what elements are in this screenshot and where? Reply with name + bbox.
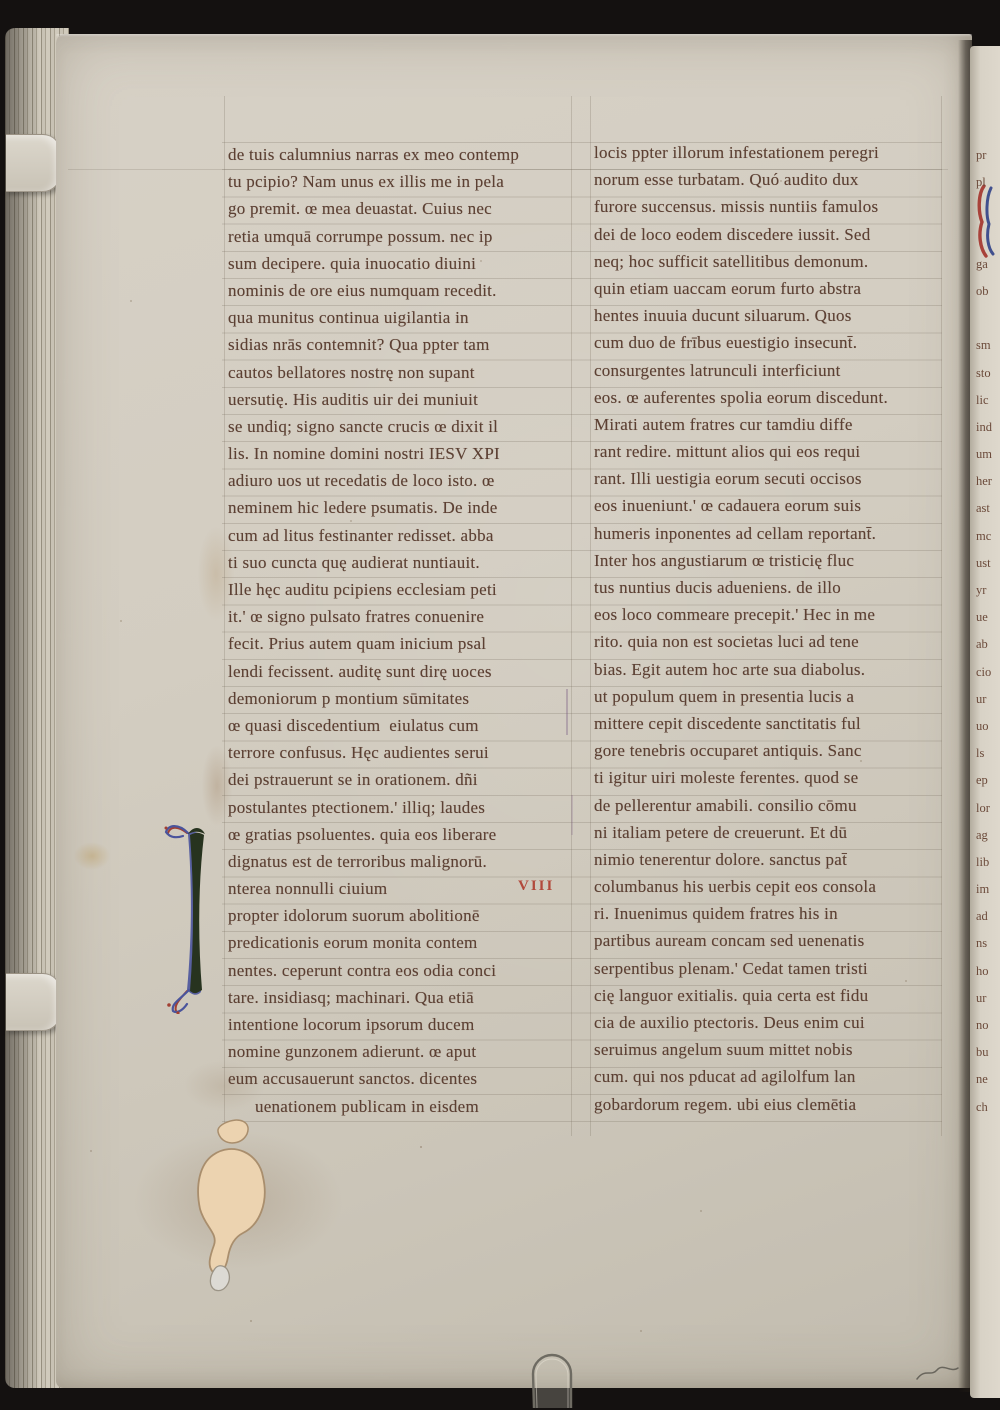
fore-edge-text-fragment: lic: [976, 387, 998, 414]
manuscript-text-line: retia umquā corrumpe possum. nec ip: [228, 223, 572, 250]
manuscript-text-line: ni italiam petere de creuerunt. Et dū: [594, 819, 944, 846]
manuscript-text-line: ti igitur uiri moleste ferentes. quod se: [594, 764, 944, 791]
manuscript-text-line: Ille hęc auditu pcipiens ecclesiam peti: [228, 576, 572, 603]
fore-edge-text-fragment: ind: [976, 414, 998, 441]
manuscript-text-line: neq; hoc sufficit satellitibus demonum.: [594, 248, 944, 275]
fore-edge-text-fragment: ch: [976, 1094, 998, 1121]
ruling-vertical-left: [224, 96, 225, 1136]
manuscript-text-line: de tuis calumnius narras ex meo contemp: [228, 141, 572, 168]
manuscript-text-line: œ gratias psoluentes. quia eos liberare: [228, 821, 572, 848]
text-column-left: de tuis calumnius narras ex meo contempt…: [228, 141, 572, 1120]
manuscript-text-line: tus nuntius ducis adueniens. de illo: [594, 574, 944, 601]
fore-edge-text-fragment: [976, 196, 998, 223]
manuscript-text-line: eos loco commeare precepit.' Hec in me: [594, 601, 944, 628]
parchment-tab-lower: [6, 973, 61, 1031]
manuscript-text-line: partibus auream concam sed uenenatis: [594, 927, 944, 954]
manuscript-text-line: lis. In nomine domini nostri IESV XPI: [228, 440, 572, 467]
manuscript-text-line: cautos bellatores nostrę non supant: [228, 359, 572, 386]
manuscript-text-line: postulantes ptectionem.' illiq; laudes: [228, 794, 572, 821]
manuscript-text-line: columbanus his uerbis cepit eos consola: [594, 873, 944, 900]
text-column-right: locis ppter illorum infestationem peregr…: [594, 139, 944, 1118]
manuscript-text-line: intentione locorum ipsorum ducem: [228, 1011, 572, 1038]
manuscript-text-line: consurgentes latrunculi interficiunt: [594, 357, 944, 384]
manuscript-text-line: nimio tenerentur dolore. sanctus pat̄: [594, 846, 944, 873]
fore-edge-text-fragment: ad: [976, 903, 998, 930]
fore-edge-text-fragment: yr: [976, 577, 998, 604]
manuscript-text-line: hentes inuuia ducunt siluarum. Quos: [594, 302, 944, 329]
manuscript-text-line: eos inueniunt.' œ cadauera eorum suis: [594, 492, 944, 519]
fore-edge-text-fragment: ur: [976, 985, 998, 1012]
manuscript-text-line: norum esse turbatam. Quó audito dux: [594, 166, 944, 193]
fore-edge-text-fragment: uo: [976, 713, 998, 740]
manuscript-text-line: nominis de ore eius numquam recedit.: [228, 277, 572, 304]
manuscript-text-line: tare. insidiasq; machinari. Qua etiā: [228, 984, 572, 1011]
parchment-speckles: [0, 0, 2, 2]
manuscript-text-line: uersutię. His auditis uir dei muniuit: [228, 386, 572, 413]
manuscript-text-line: propter idolorum suorum abolitionē: [228, 902, 572, 929]
manuscript-text-line: rant. Illi uestigia eorum secuti occisos: [594, 465, 944, 492]
manuscript-text-line: dei pstrauerunt se in orationem. dñi: [228, 766, 572, 793]
manuscript-text-line: dei de loco eodem discedere iussit. Sed: [594, 221, 944, 248]
manuscript-text-line: cum ad litus festinanter redisset. abba: [228, 522, 572, 549]
manuscript-text-line: cia de auxilio ptectoris. Deus enim cui: [594, 1009, 944, 1036]
manuscript-text-line: go premit. œ mea deuastat. Cuius nec: [228, 195, 572, 222]
manuscript-text-line: quin etiam uaccam eorum furto abstra: [594, 275, 944, 302]
fore-edge-text-fragment: [976, 305, 998, 332]
bleed-through-mark: [571, 795, 573, 835]
manuscript-text-line: bias. Egit autem hoc arte sua diabolus.: [594, 656, 944, 683]
manuscript-text-line: predicationis eorum monita contem: [228, 929, 572, 956]
manuscript-text-line: nentes. ceperunt contra eos odia conci: [228, 957, 572, 984]
manuscript-text-line: nomine gunzonem adierunt. œ aput: [228, 1038, 572, 1065]
fore-edge-text-fragment: bu: [976, 1039, 998, 1066]
fore-edge-text-fragment: ob: [976, 278, 998, 305]
fore-edge-text-fragment: pr: [976, 142, 998, 169]
manuscript-text-line: cum. qui nos pducat ad agilolfum lan: [594, 1063, 944, 1090]
manuscript-text-line: ri. Inuenimus quidem fratres his in: [594, 900, 944, 927]
manuscript-text-line: gore tenebris occuparet antiquis. Sanc: [594, 737, 944, 764]
fore-edge-text-fragment: ga: [976, 251, 998, 278]
manuscript-text-line: sum decipere. quia inuocatio diuini: [228, 250, 572, 277]
manuscript-text-line: serpentibus plenam.' Cedat tamen tristi: [594, 955, 944, 982]
manuscript-text-line: lendi fecissent. auditę sunt dirę uoces: [228, 658, 572, 685]
manuscript-text-line: ut populum quem in presentia lucis a: [594, 683, 944, 710]
manuscript-text-line: seruimus angelum suum mittet nobis: [594, 1036, 944, 1063]
fore-edge-text-fragment: ns: [976, 930, 998, 957]
fore-edge-text-fragment: ho: [976, 958, 998, 985]
fore-edge-text-fragment: um: [976, 441, 998, 468]
fore-edge-text-fragment: ne: [976, 1066, 998, 1093]
manuscript-text-line: de pellerentur amabili. consilio cōmu: [594, 792, 944, 819]
fore-edge-text-fragment: sto: [976, 360, 998, 387]
ruling-vertical-col2-left: [590, 96, 591, 1136]
bleed-through-mark: [566, 689, 568, 735]
manuscript-text-line: qua munitus continua uigilantia in: [228, 304, 572, 331]
manuscript-text-line: furore succensus. missis nuntiis famulos: [594, 193, 944, 220]
manuscript-text-line: it.' œ signo pulsato fratres conuenire: [228, 603, 572, 630]
wire-clip: [518, 1350, 594, 1410]
chapter-number-rubric: VIII: [518, 878, 554, 895]
fore-edge-text-fragment: sm: [976, 332, 998, 359]
manuscript-text-line: Mirati autem fratres cur tamdiu diffe: [594, 411, 944, 438]
manuscript-text-line: gobardorum regem. ubi eius clemētia: [594, 1091, 944, 1118]
fore-edge-text-fragment: [976, 224, 998, 251]
fore-edge-text-fragment: ep: [976, 767, 998, 794]
fore-edge-next-page: prplgaobsmstolicindumherastmcustyrueabci…: [970, 46, 1000, 1398]
fore-edge-text-fragment: ue: [976, 604, 998, 631]
manuscript-text-line: cię languor exitialis. quia certa est fi…: [594, 982, 944, 1009]
fore-edge-text-fragment: pl: [976, 169, 998, 196]
manuscript-text-line: eos. œ auferentes spolia eorum discedunt…: [594, 384, 944, 411]
fore-edge-text-fragment: no: [976, 1012, 998, 1039]
manuscript-text-line: humeris inponentes ad cellam reportant̄.: [594, 520, 944, 547]
fore-edge-text-fragment: ast: [976, 495, 998, 522]
manuscript-text-line: mittere cepit discedente sanctitatis ful: [594, 710, 944, 737]
fore-edge-text-fragment: im: [976, 876, 998, 903]
fore-edge-text-fragment: ab: [976, 631, 998, 658]
fore-edge-text-fragment: her: [976, 468, 998, 495]
manuscript-text-line: sidias nrās contemnit? Qua ppter tam: [228, 331, 572, 358]
illuminated-initial-I: I: [163, 818, 223, 1014]
manuscript-text-line: se undiq; signo sancte crucis œ dixit il: [228, 413, 572, 440]
manuscript-text-line: rito. quia non est societas luci ad tene: [594, 628, 944, 655]
illuminated-initial-drawing: [163, 818, 223, 1014]
manuscript-text-line: ti suo cuncta quę audierat nuntiauit.: [228, 549, 572, 576]
manuscript-text-line: neminem hic ledere psumatis. De inde: [228, 494, 572, 521]
manuscript-text-line: locis ppter illorum infestationem peregr…: [594, 139, 944, 166]
manuscript-text-line: adiuro uos ut recedatis de loco isto. œ: [228, 467, 572, 494]
fore-edge-text-fragment: ag: [976, 822, 998, 849]
manuscript-text-line: terrore confusus. Hęc audientes serui: [228, 739, 572, 766]
manuscript-text-line: dignatus est de terroribus malignorū.: [228, 848, 572, 875]
manuscript-text-line: eum accusauerunt sanctos. dicentes: [228, 1065, 572, 1092]
fore-edge-text-fragment: ls: [976, 740, 998, 767]
parchment-hole: [183, 1115, 283, 1295]
manuscript-text-line: demoniorum p montium sūmitates: [228, 685, 572, 712]
fore-edge-text-fragment: ust: [976, 550, 998, 577]
fore-edge-text-fragments: prplgaobsmstolicindumherastmcustyrueabci…: [976, 142, 998, 1152]
manuscript-text-line: œ quasi discedentium eiulatus cum: [228, 712, 572, 739]
pen-squiggle-mark: [915, 1360, 961, 1386]
manuscript-text-line: cum duo de frībus euestigio insecunt̄.: [594, 329, 944, 356]
fore-edge-text-fragment: cio: [976, 659, 998, 686]
manuscript-text-line: fecit. Prius autem quam inicium psal: [228, 630, 572, 657]
fore-edge-text-fragment: lib: [976, 849, 998, 876]
manuscript-text-line: tu pcipio? Nam unus ex illis me in pela: [228, 168, 572, 195]
fore-edge-text-fragment: ur: [976, 686, 998, 713]
fore-edge-text-fragment: mc: [976, 523, 998, 550]
manuscript-text-line: rant redire. mittunt alios qui eos requi: [594, 438, 944, 465]
parchment-tab-upper: [6, 134, 61, 192]
fore-edge-text-fragment: lor: [976, 795, 998, 822]
manuscript-text-line: Inter hos angustiarum œ tristicię fluc: [594, 547, 944, 574]
